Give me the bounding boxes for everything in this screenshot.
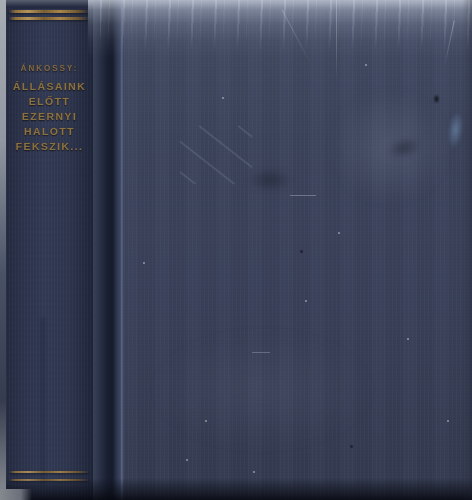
- background-left-strip: [0, 0, 6, 500]
- dust-speck: [222, 97, 224, 99]
- dark-speck: [350, 445, 353, 448]
- dust-speck: [305, 300, 307, 302]
- dust-speck: [253, 471, 255, 473]
- dark-spot: [433, 94, 440, 104]
- sheen-streaks: [100, 0, 472, 52]
- spine-title-line-4: HALOTT: [6, 125, 93, 140]
- spine-title-line-3: EZERNYI: [6, 110, 93, 125]
- book-photo: ÁNKOSSY: ÁLLÁSAINK ELŐTT EZERNYI HALOTT …: [0, 0, 472, 500]
- dust-speck: [205, 420, 207, 422]
- spine-author: ÁNKOSSY:: [6, 64, 93, 73]
- worn-patch-mid: [150, 330, 375, 450]
- bottom-shadow: [0, 478, 472, 500]
- background-bottom-left: [0, 489, 32, 500]
- gold-rule-top-1: [9, 10, 89, 13]
- spine-title-line-5: FEKSZIK...: [6, 140, 93, 155]
- dust-speck: [186, 459, 188, 461]
- dust-speck: [407, 338, 409, 340]
- spine-hinge-groove: [93, 0, 124, 500]
- diagonal-scratches: [180, 126, 252, 184]
- gold-rule-bottom-1: [9, 471, 89, 473]
- gold-rule-top-2: [9, 17, 89, 20]
- right-edge-shade: [462, 0, 472, 500]
- spine-title-line-1: ÁLLÁSAINK: [6, 80, 93, 95]
- dust-speck: [365, 64, 367, 66]
- dust-speck: [143, 262, 145, 264]
- dust-speck: [338, 232, 340, 234]
- spine-title-line-2: ELŐTT: [6, 95, 93, 110]
- dark-smudge: [246, 168, 294, 192]
- scratch-line: [252, 352, 270, 353]
- spine-crease: [40, 318, 46, 486]
- book-spine: ÁNKOSSY: ÁLLÁSAINK ELŐTT EZERNYI HALOTT …: [6, 0, 93, 500]
- dust-speck: [447, 420, 449, 422]
- spine-text-block: ÁNKOSSY: ÁLLÁSAINK ELŐTT EZERNYI HALOTT …: [6, 64, 93, 155]
- spine-top-sheen: [0, 0, 93, 7]
- dark-speck: [300, 250, 303, 253]
- scratch-line: [290, 195, 316, 196]
